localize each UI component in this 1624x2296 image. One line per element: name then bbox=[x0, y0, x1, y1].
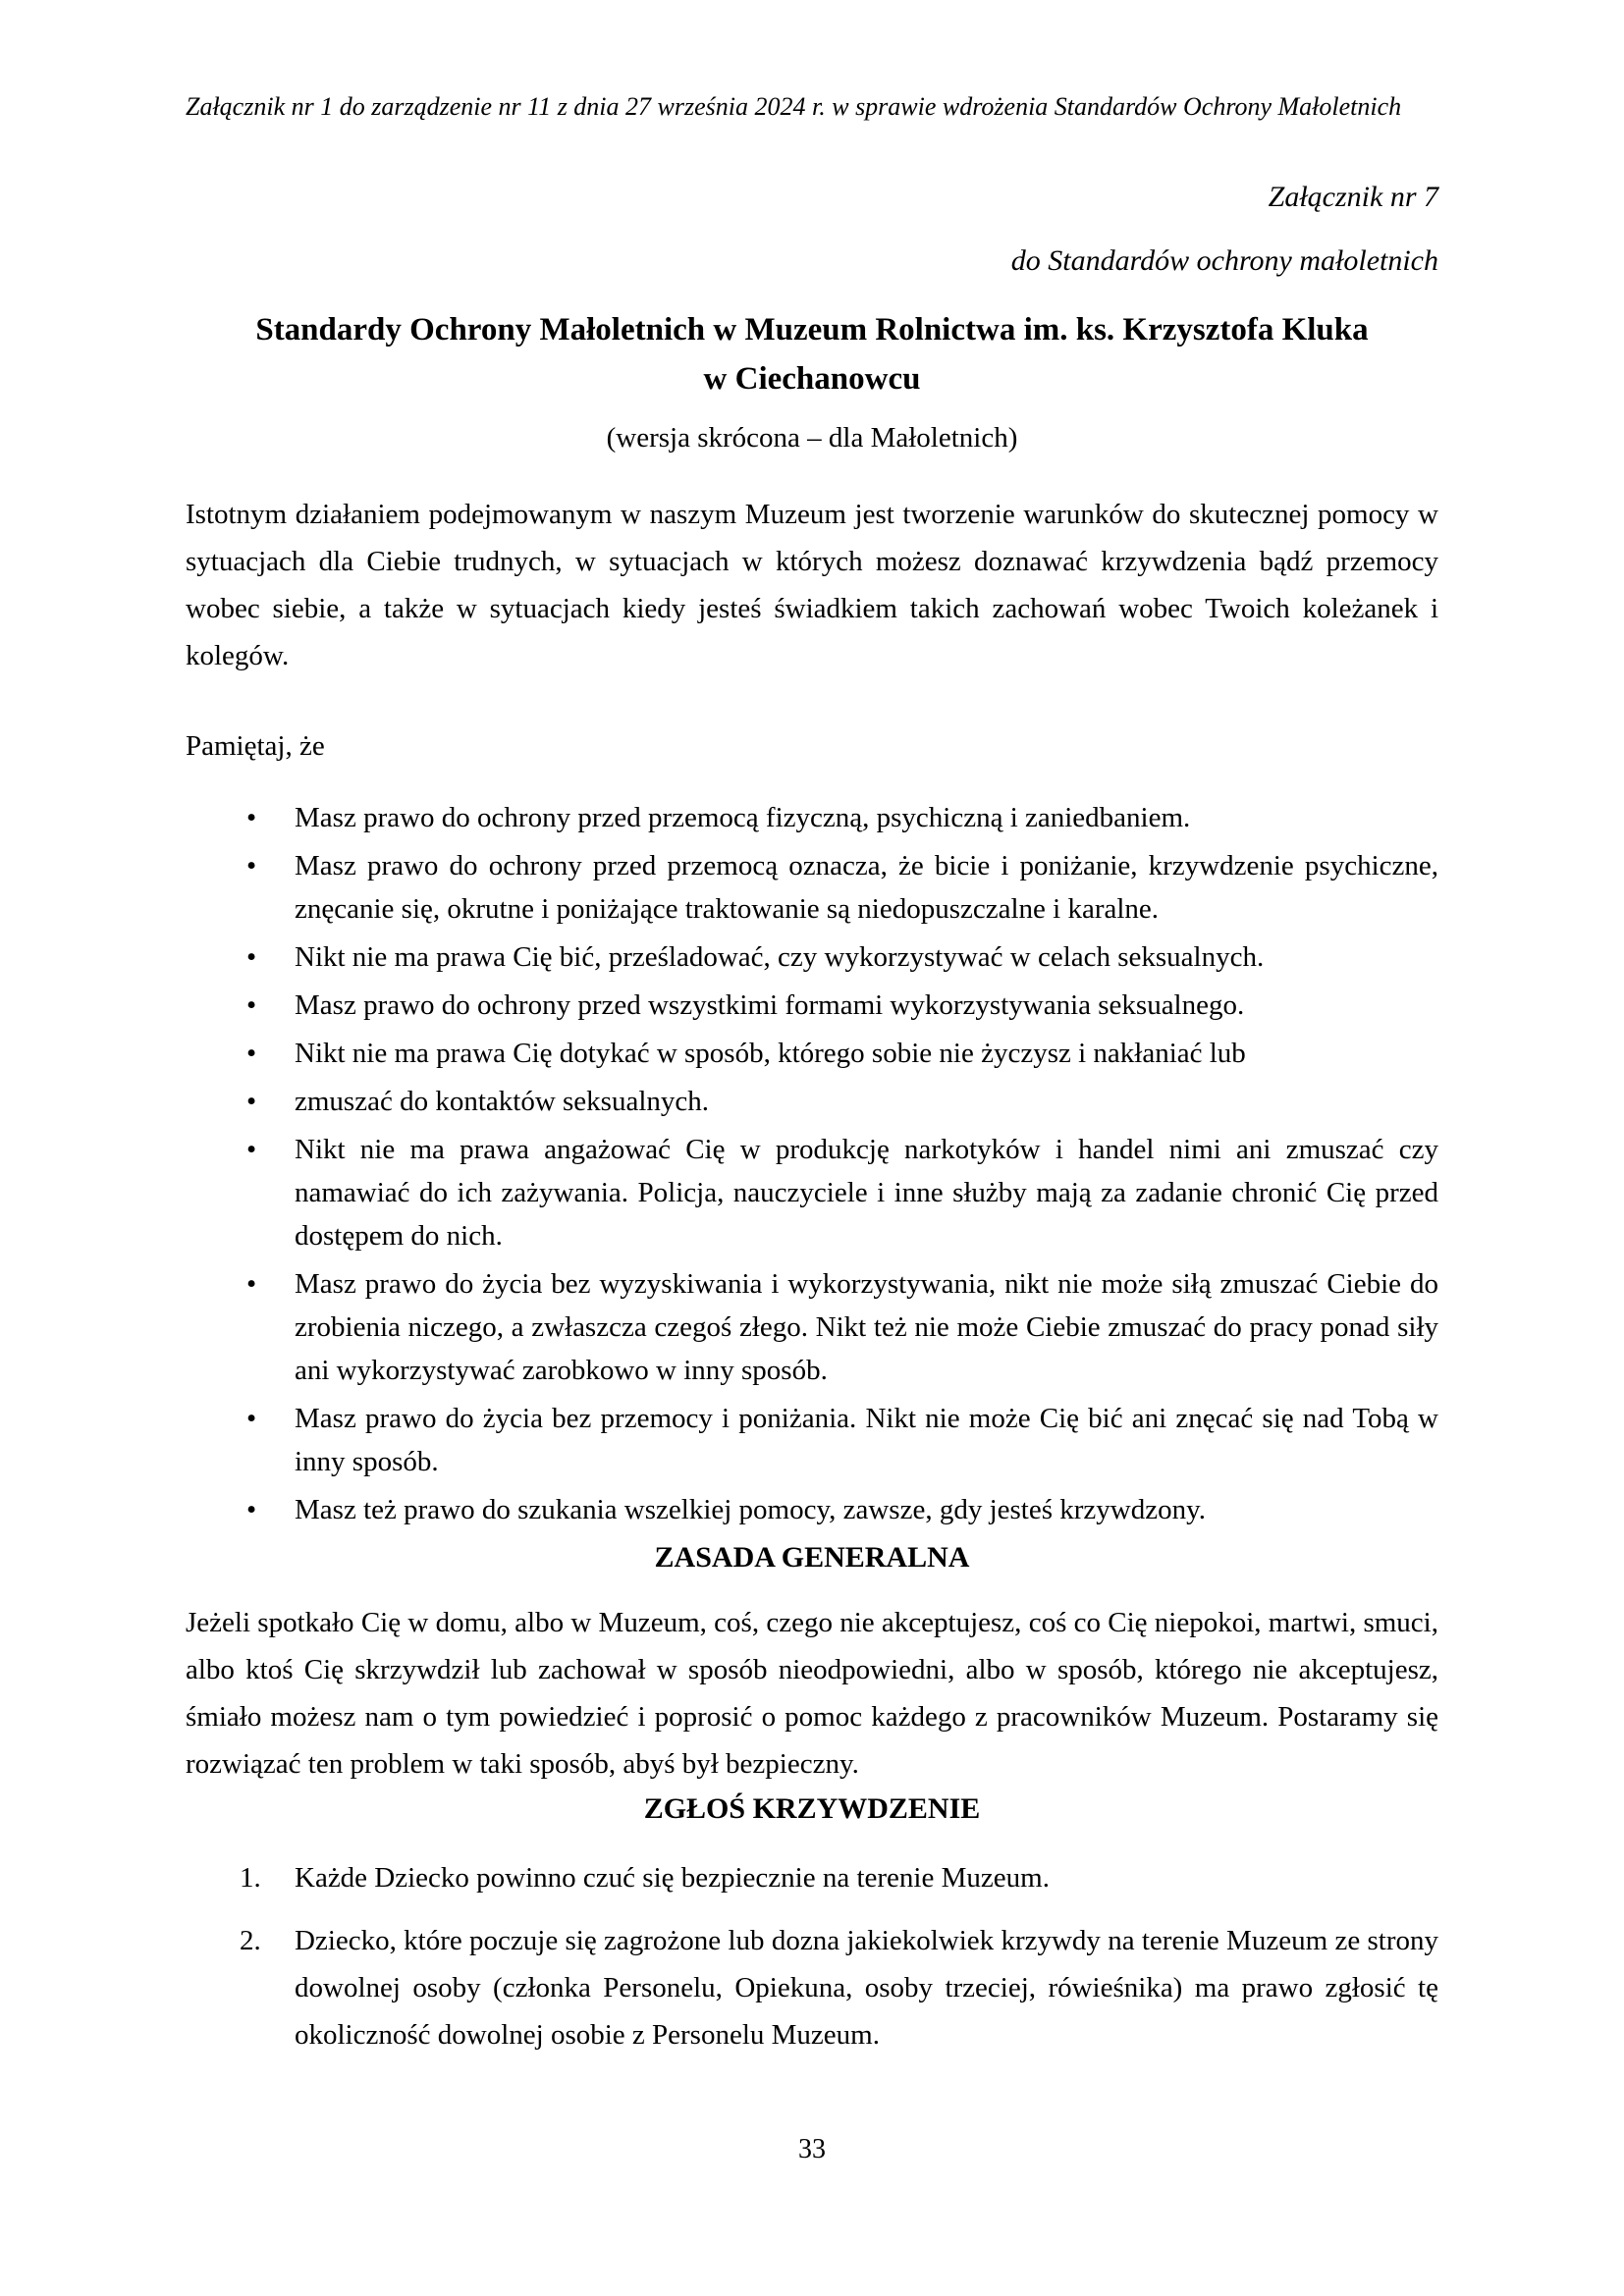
bullet-icon: • bbox=[246, 1488, 256, 1531]
rights-item-text: Nikt nie ma prawa Cię bić, prześladować,… bbox=[295, 941, 1264, 973]
rights-item-text: zmuszać do kontaktów seksualnych. bbox=[295, 1086, 709, 1117]
document-title-line2: w Ciechanowcu bbox=[704, 361, 921, 397]
document-title: Standardy Ochrony Małoletnich w Muzeum R… bbox=[186, 305, 1438, 403]
rights-item-text: Masz prawo do życia bez wyzyskiwania i w… bbox=[295, 1268, 1438, 1386]
attachment-block: Załącznik nr 7 do Standardów ochrony mał… bbox=[186, 179, 1438, 280]
bullet-icon: • bbox=[246, 1032, 256, 1075]
rights-item: •zmuszać do kontaktów seksualnych. bbox=[186, 1080, 1438, 1123]
header-note: Załącznik nr 1 do zarządzenie nr 11 z dn… bbox=[186, 90, 1438, 124]
rights-item-text: Masz prawo do ochrony przed przemocą fiz… bbox=[295, 802, 1190, 833]
rights-item-text: Masz prawo do ochrony przed wszystkimi f… bbox=[295, 989, 1244, 1021]
attachment-subtitle: do Standardów ochrony małoletnich bbox=[186, 242, 1438, 280]
rights-item: •Masz prawo do życia bez przemocy i poni… bbox=[186, 1397, 1438, 1483]
intro-paragraph: Istotnym działaniem podejmowanym w naszy… bbox=[186, 491, 1438, 679]
rights-item-text: Nikt nie ma prawa angażować Cię w produk… bbox=[295, 1134, 1438, 1252]
remember-lead: Pamiętaj, że bbox=[186, 724, 1438, 768]
rights-item: •Nikt nie ma prawa angażować Cię w produ… bbox=[186, 1128, 1438, 1257]
report-steps-list: Każde Dziecko powinno czuć się bezpieczn… bbox=[186, 1854, 1438, 2058]
section-heading-report-abuse: ZGŁOŚ KRZYWDZENIE bbox=[186, 1788, 1438, 1831]
rights-item-text: Masz prawo do życia bez przemocy i poniż… bbox=[295, 1403, 1438, 1477]
rights-item: •Masz prawo do ochrony przed przemocą fi… bbox=[186, 796, 1438, 839]
bullet-icon: • bbox=[246, 1262, 256, 1306]
rights-item-text: Masz prawo do ochrony przed przemocą ozn… bbox=[295, 850, 1438, 925]
document-page: Załącznik nr 1 do zarządzenie nr 11 z dn… bbox=[0, 0, 1624, 2296]
rights-list: •Masz prawo do ochrony przed przemocą fi… bbox=[186, 796, 1438, 1531]
rights-item-text: Masz też prawo do szukania wszelkiej pom… bbox=[295, 1494, 1206, 1525]
report-step: Dziecko, które poczuje się zagrożone lub… bbox=[186, 1917, 1438, 2058]
bullet-icon: • bbox=[246, 844, 256, 887]
bullet-icon: • bbox=[246, 935, 256, 979]
rights-item: •Masz prawo do ochrony przed przemocą oz… bbox=[186, 844, 1438, 931]
bullet-icon: • bbox=[246, 1397, 256, 1440]
bullet-icon: • bbox=[246, 1128, 256, 1171]
general-rule-paragraph: Jeżeli spotkało Cię w domu, albo w Muzeu… bbox=[186, 1599, 1438, 1788]
document-subtitle: (wersja skrócona – dla Małoletnich) bbox=[186, 416, 1438, 459]
attachment-number: Załącznik nr 7 bbox=[186, 179, 1438, 216]
section-heading-general-rule: ZASADA GENERALNA bbox=[186, 1536, 1438, 1579]
page-number: 33 bbox=[0, 2132, 1624, 2167]
rights-item: •Masz prawo do życia bez wyzyskiwania i … bbox=[186, 1262, 1438, 1392]
bullet-icon: • bbox=[246, 984, 256, 1027]
rights-item-text: Nikt nie ma prawa Cię dotykać w sposób, … bbox=[295, 1038, 1246, 1069]
rights-item: •Nikt nie ma prawa Cię dotykać w sposób,… bbox=[186, 1032, 1438, 1075]
document-title-line1: Standardy Ochrony Małoletnich w Muzeum R… bbox=[255, 312, 1368, 347]
rights-item: •Masz prawo do ochrony przed wszystkimi … bbox=[186, 984, 1438, 1027]
rights-item: •Masz też prawo do szukania wszelkiej po… bbox=[186, 1488, 1438, 1531]
report-step: Każde Dziecko powinno czuć się bezpieczn… bbox=[186, 1854, 1438, 1901]
bullet-icon: • bbox=[246, 796, 256, 839]
bullet-icon: • bbox=[246, 1080, 256, 1123]
rights-item: •Nikt nie ma prawa Cię bić, prześladować… bbox=[186, 935, 1438, 979]
